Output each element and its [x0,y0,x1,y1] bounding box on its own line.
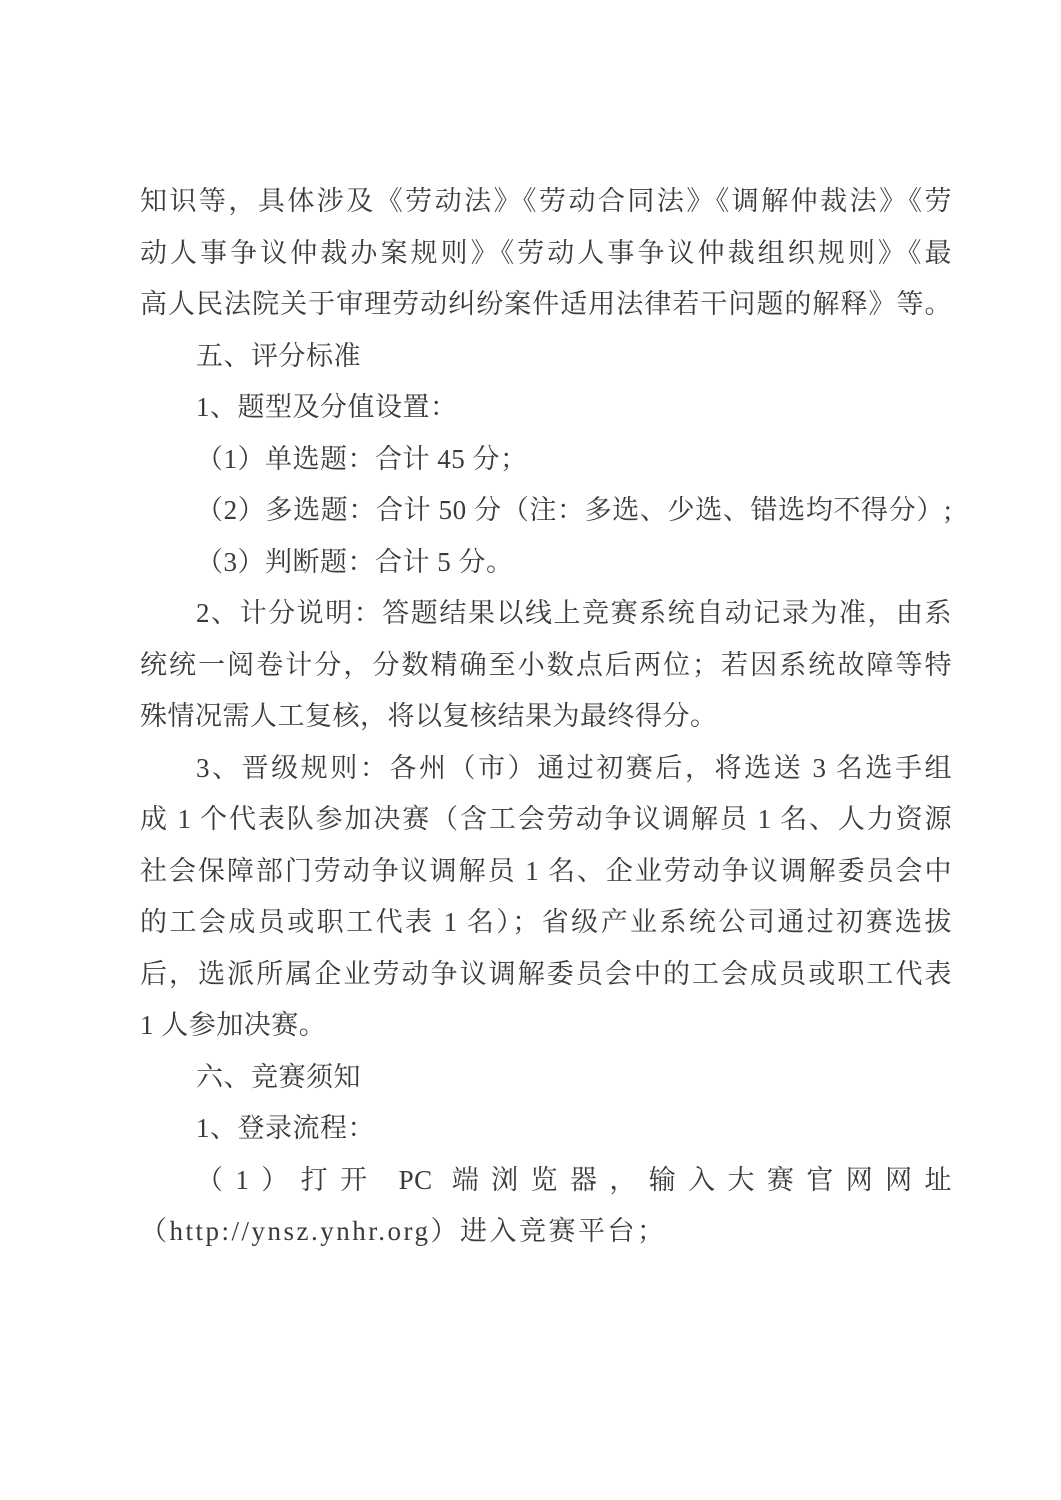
document-line: 殊情况需人工复核，将以复核结果为最终得分。 [140,691,952,743]
document-line: 1、登录流程： [140,1103,952,1155]
document-line: 1 人参加决赛。 [140,1000,952,1052]
document-line: 成 1 个代表队参加决赛（含工会劳动争议调解员 1 名、人力资源 [140,794,952,846]
document-line: （3）判断题：合计 5 分。 [140,537,952,589]
document-line: （2）多选题：合计 50 分（注：多选、少选、错选均不得分）; [140,485,952,537]
document-line: 社会保障部门劳动争议调解员 1 名、企业劳动争议调解委员会中 [140,846,952,898]
document-line: 高人民法院关于审理劳动纠纷案件适用法律若干问题的解释》等。 [140,279,952,331]
document-line: 3、晋级规则：各州（市）通过初赛后，将选送 3 名选手组 [140,743,952,795]
document-line: 后，选派所属企业劳动争议调解委员会中的工会成员或职工代表 [140,949,952,1001]
document-line-url: （http://ynsz.ynhr.org）进入竞赛平台； [140,1206,952,1258]
document-body: 知识等，具体涉及《劳动法》《劳动合同法》《调解仲裁法》《劳 动人事争议仲裁办案规… [140,176,952,1258]
document-line: 动人事争议仲裁办案规则》《劳动人事争议仲裁组织规则》《最 [140,228,952,280]
section-heading: 五、评分标准 [140,331,952,383]
document-line: 统统一阅卷计分，分数精确至小数点后两位；若因系统故障等特 [140,640,952,692]
document-line: 知识等，具体涉及《劳动法》《劳动合同法》《调解仲裁法》《劳 [140,176,952,228]
document-line: （1）单选题：合计 45 分； [140,434,952,486]
document-line: 的工会成员或职工代表 1 名）；省级产业系统公司通过初赛选拔 [140,897,952,949]
section-heading: 六、竞赛须知 [140,1052,952,1104]
document-page: 知识等，具体涉及《劳动法》《劳动合同法》《调解仲裁法》《劳 动人事争议仲裁办案规… [0,0,1061,1500]
document-line: 2、计分说明：答题结果以线上竞赛系统自动记录为准，由系 [140,588,952,640]
document-line: 1、题型及分值设置： [140,382,952,434]
document-line: （1）打开 PC 端浏览器，输入大赛官网网址 [140,1155,952,1207]
